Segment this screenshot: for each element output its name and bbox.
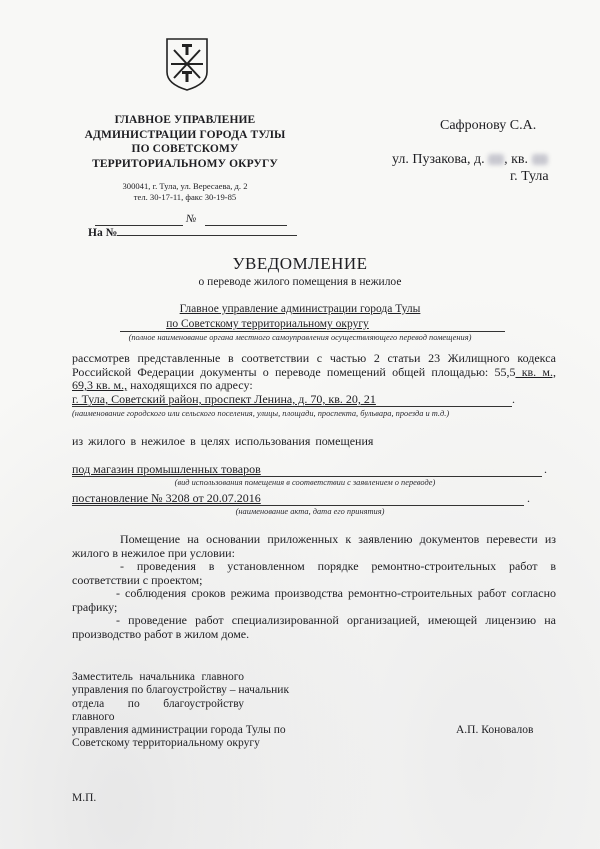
- position-line: управления администрации города Тулы по: [72, 724, 312, 737]
- address-period: .: [512, 393, 515, 407]
- organization-address: 300041, г. Тула, ул. Вересаева, д. 2 тел…: [60, 181, 310, 202]
- notification-document: ГЛАВНОЕ УПРАВЛЕНИЕ АДМИНИСТРАЦИИ ГОРОДА …: [0, 0, 600, 849]
- recipient-street: ул. Пузакова, д. , кв.: [392, 152, 548, 168]
- organization-name: ГЛАВНОЕ УПРАВЛЕНИЕ АДМИНИСТРАЦИИ ГОРОДА …: [60, 113, 310, 171]
- act-field: постановление № 3208 от 20.07.2016: [72, 492, 524, 506]
- position-line: Заместитель начальника главного: [72, 671, 244, 684]
- street-label: ул. Пузакова, д.: [392, 152, 485, 167]
- intro-line-1: рассмотрев представленные в соответствии…: [72, 352, 556, 366]
- purpose-text: под магазин промышленных товаров: [72, 462, 261, 476]
- condition-item-1-cont: соответствии с проектом;: [72, 574, 556, 588]
- property-address-text: г. Тула, Советский район, проспект Ленин…: [72, 392, 376, 406]
- act-period: .: [527, 492, 530, 506]
- act-hint: (наименование акта, дата его принятия): [0, 507, 600, 516]
- conditions-line: жилого в нежилое при условии:: [72, 547, 556, 561]
- conditions-line: Помещение на основании приложенных к зая…: [72, 533, 556, 547]
- stamp-place: М.П.: [72, 792, 96, 804]
- condition-item-2-cont: графику;: [72, 601, 556, 615]
- purpose-period: .: [544, 463, 547, 477]
- position-line: Советскому территориальному округу: [72, 737, 312, 750]
- number-sign: №: [186, 213, 196, 225]
- document-title: УВЕДОМЛЕНИЕ: [0, 254, 600, 274]
- property-address: г. Тула, Советский район, проспект Ленин…: [72, 393, 512, 407]
- redacted-house-number: [488, 154, 504, 165]
- area-text: Российской Федерации документы о перевод…: [72, 365, 515, 379]
- condition-item-1: - проведения в установленном порядке рем…: [72, 560, 556, 574]
- tula-coat-of-arms-icon: [164, 36, 210, 92]
- authority-hint: (полное наименование органа местного сам…: [0, 333, 600, 342]
- reply-to-label: На №: [88, 227, 117, 239]
- area-second: 69,3 кв. м.,: [72, 378, 127, 392]
- condition-item-2: - соблюдения сроков режима производства …: [72, 587, 556, 601]
- org-phone-line: тел. 30-17-11, факс 30-19-85: [60, 192, 310, 203]
- authority-line-1: Главное управление администрации города …: [0, 303, 600, 315]
- condition-item-3-cont: производство работ в жилом доме.: [72, 628, 556, 642]
- signer-position: Заместитель начальника главного управлен…: [72, 671, 312, 751]
- located-at-label: находящихся по адресу:: [127, 378, 253, 392]
- position-line: управления по благоустройству – начальни…: [72, 684, 312, 697]
- document-subtitle: о переводе жилого помещения в нежилое: [0, 276, 600, 288]
- reply-to-number-field: На №: [88, 225, 298, 239]
- org-address-line: 300041, г. Тула, ул. Вересаева, д. 2: [60, 181, 310, 192]
- org-name-line: ТЕРРИТОРИАЛЬНОМУ ОКРУГУ: [60, 157, 310, 172]
- authority-line-2-text: по Советскому территориальному округу: [120, 318, 505, 330]
- org-name-line: ГЛАВНОЕ УПРАВЛЕНИЕ: [60, 113, 310, 128]
- apartment-label: , кв.: [504, 152, 528, 167]
- position-line: отдела по благоустройству главного: [72, 698, 244, 725]
- act-text: постановление № 3208 от 20.07.2016: [72, 491, 261, 505]
- recipient-name: Сафронову С.А.: [440, 118, 536, 134]
- authority-line-2: по Советскому территориальному округу: [120, 318, 505, 332]
- org-name-line: АДМИНИСТРАЦИИ ГОРОДА ТУЛЫ: [60, 128, 310, 143]
- intro-line-2: Российской Федерации документы о перевод…: [72, 366, 556, 380]
- reply-to-blank: [117, 225, 297, 236]
- condition-item-3: - проведение работ специализированной ор…: [72, 614, 556, 628]
- purpose-hint: (вид использования помещения в соответст…: [0, 478, 600, 487]
- purpose-field: под магазин промышленных товаров: [72, 463, 542, 477]
- area-unit: кв. м.,: [515, 365, 556, 379]
- redacted-apartment-number: [532, 154, 548, 165]
- address-hint: (наименование городского или сельского п…: [72, 409, 449, 418]
- purpose-intro: из жилого в нежилое в целях использовани…: [72, 435, 373, 449]
- intro-line-3: 69,3 кв. м., находящихся по адресу:: [72, 379, 556, 393]
- org-name-line: ПО СОВЕТСКОМУ: [60, 142, 310, 157]
- signer-name: А.П. Коновалов: [456, 724, 533, 736]
- recipient-city: г. Тула: [510, 169, 549, 185]
